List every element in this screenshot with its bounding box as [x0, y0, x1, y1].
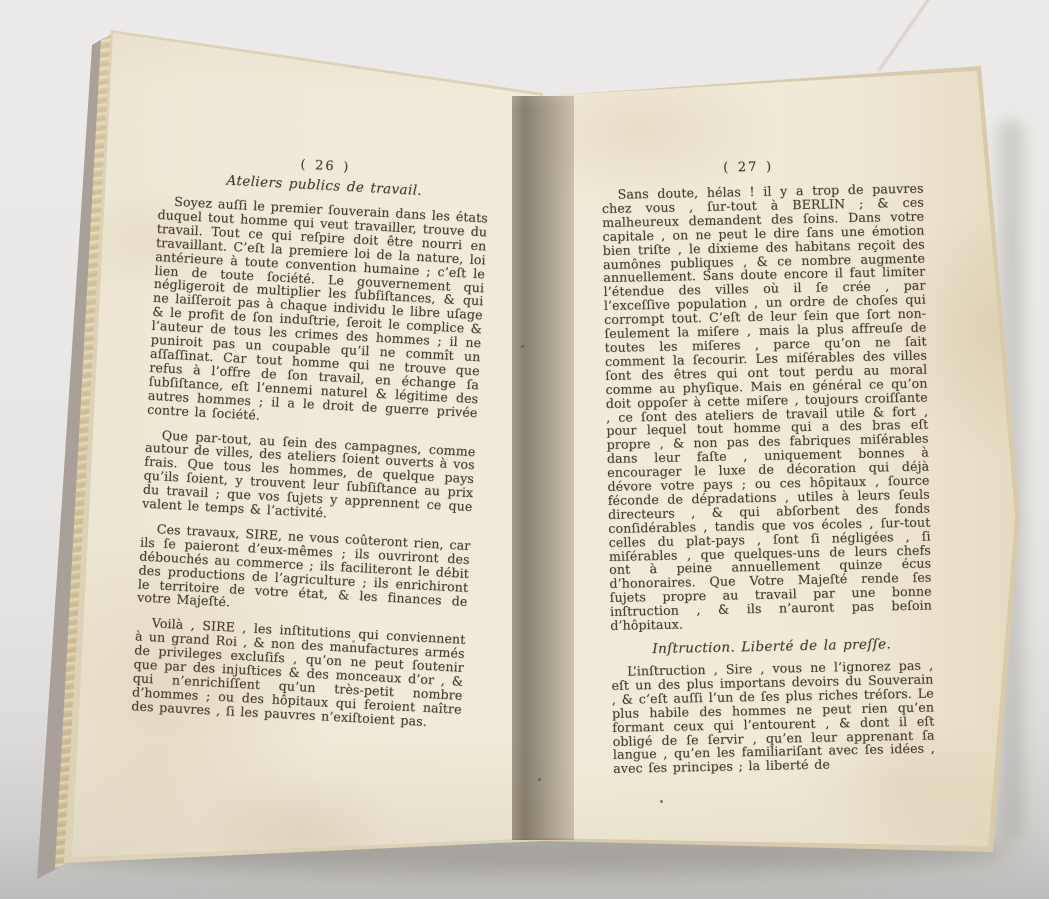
right-section-heading: Inſtruction. Liberté de la preſſe.	[611, 635, 933, 657]
paper-speck	[538, 778, 541, 781]
paragraph: Que par-tout, au ſein des campagnes, com…	[142, 427, 476, 528]
paragraph: Sans doute, hélas ! il y a trop de pauvr…	[602, 182, 933, 633]
paragraph: Soyez auſſi le premier ſouverain dans le…	[147, 194, 488, 434]
book-photograph: ( 26 ) Ateliers publics de travail. Soye…	[0, 0, 1049, 899]
right-page-paragraphs-top: Sans doute, hélas ! il y a trop de pauvr…	[602, 182, 933, 633]
left-page-text: ( 26 ) Ateliers publics de travail. Soye…	[130, 150, 490, 741]
right-corner-crease	[878, 0, 978, 71]
right-page-text: ( 27 ) Sans doute, hélas ! il y a trop d…	[601, 157, 935, 784]
paper-speck	[521, 345, 524, 348]
paper-speck	[660, 800, 663, 803]
paragraph: L’inſtruction , Sire , vous ne l’ignorez…	[611, 658, 935, 776]
paragraph: Ces travaux, SIRE, ne vous coûteront rie…	[137, 521, 471, 622]
paragraph: Voilà , SIRE , les inſtitutions qui conv…	[131, 616, 466, 731]
left-page-paragraphs: Soyez auſſi le premier ſouverain dans le…	[131, 194, 488, 731]
right-page-paragraphs-bottom: L’inſtruction , Sire , vous ne l’ignorez…	[611, 658, 935, 776]
